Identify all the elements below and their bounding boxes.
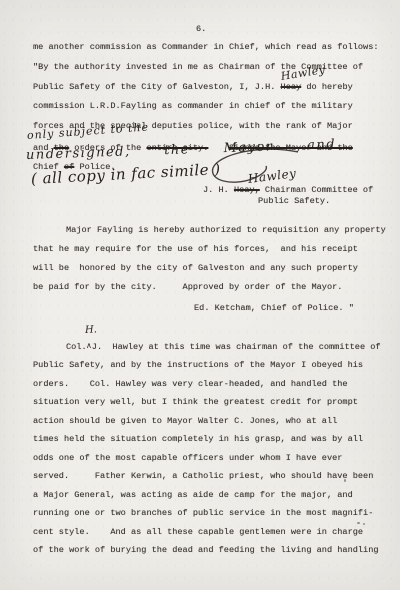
typed-line: served. Father Kerwin, a Catholic priest… bbox=[33, 471, 373, 481]
typed-line: a Major General, was acting as aide de c… bbox=[33, 490, 353, 500]
typed-line: that he may require for the use of his f… bbox=[33, 244, 358, 254]
typed-line: be paid for by the city. Approved by ord… bbox=[33, 282, 342, 292]
typed-line: running one or two branches of public se… bbox=[33, 508, 373, 518]
typed-line: Col. J. Hawley at this time was chairman… bbox=[66, 342, 381, 352]
scanned-document-page: 6. me another commission as Commander in… bbox=[0, 0, 400, 590]
typed-signoff-line: Ed. Ketcham, Chief of Police. " bbox=[194, 303, 354, 313]
typed-line: action should be given to Mayor Walter C… bbox=[33, 416, 337, 426]
typed-line: Major Fayling is hereby authorized to re… bbox=[66, 225, 386, 235]
ink-speck bbox=[357, 522, 360, 524]
typed-line: will be honored by the city of Galveston… bbox=[33, 263, 358, 273]
typed-line: orders. Col. Hawley was very clear-heade… bbox=[33, 379, 348, 389]
ink-speck bbox=[363, 523, 365, 525]
typed-line: of the work of burying the dead and feed… bbox=[33, 545, 379, 555]
signature-flourish-stroke bbox=[0, 0, 400, 590]
typed-line: times held the situation completely in h… bbox=[33, 434, 363, 444]
ink-speck bbox=[344, 479, 346, 482]
typed-line: Public Safety, and by the instructions o… bbox=[33, 360, 363, 370]
typed-line: odds one of the most capable officers un… bbox=[33, 453, 342, 463]
typed-line: situation very well, but I think the gre… bbox=[33, 397, 358, 407]
typed-line: cent style. And as all these capable gen… bbox=[33, 527, 363, 537]
